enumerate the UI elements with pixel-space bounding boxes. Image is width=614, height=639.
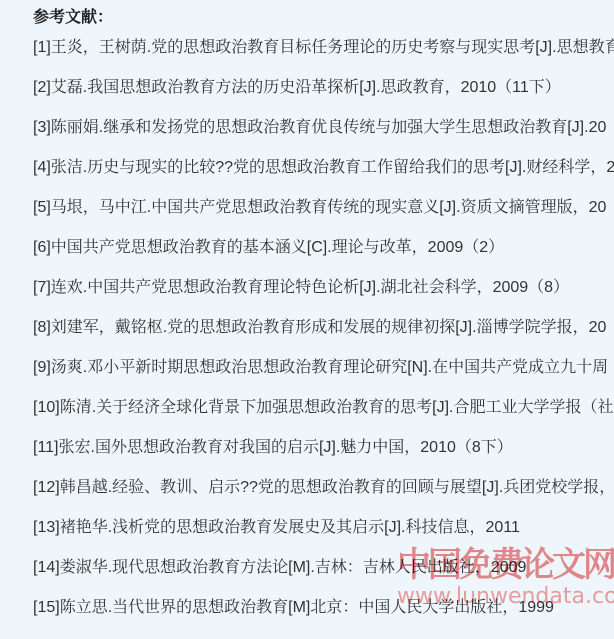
reference-item: [12]韩昌越.经验、教训、启示??党的思想政治教育的回顾与展望[J].兵团党校… — [33, 468, 614, 508]
reference-item: [2]艾磊.我国思想政治教育方法的历史沿革探析[J].思政教育，2010（11下… — [33, 68, 614, 108]
reference-item: [4]张洁.历史与现实的比较??党的思想政治教育工作留给我们的思考[J].财经科… — [33, 148, 614, 188]
reference-item: [8]刘建军，戴铭枢.党的思想政治教育形成和发展的规律初探[J].淄博学院学报，… — [33, 308, 614, 348]
reference-item: [5]马垠，马中江.中国共产党思想政治教育传统的现实意义[J].资质文摘管理版，… — [33, 188, 614, 228]
reference-item: [7]连欢.中国共产党思想政治教育理论特色论析[J].湖北社会科学，2009（8… — [33, 268, 614, 308]
reference-item: [1]王炎，王树荫.党的思想政治教育目标任务理论的历史考察与现实思考[J].思想… — [33, 28, 614, 68]
reference-item: [10]陈清.关于经济全球化背景下加强思想政治教育的思考[J].合肥工业大学学报… — [33, 388, 614, 428]
reference-item: [15]陈立思.当代世界的思想政治教育[M]北京：中国人民大学出版社，1999 — [33, 588, 614, 628]
references-section: 参考文献： [1]王炎，王树荫.党的思想政治教育目标任务理论的历史考察与现实思考… — [0, 0, 614, 628]
reference-item: [6]中国共产党思想政治教育的基本涵义[C].理论与改革，2009（2） — [33, 228, 614, 268]
references-heading: 参考文献： — [33, 8, 614, 28]
reference-item: [14]娄淑华.现代思想政治教育方法论[M].吉林：吉林人民出版社，2009 — [33, 548, 614, 588]
reference-item: [13]褚艳华.浅析党的思想政治教育发展史及其启示[J].科技信息，2011 — [33, 508, 614, 548]
reference-item: [9]汤爽.邓小平新时期思想政治思想政治教育理论研究[N].在中国共产党成立九十… — [33, 348, 614, 388]
reference-item: [3]陈丽娟.继承和发扬党的思想政治教育优良传统与加强大学生思想政治教育[J].… — [33, 108, 614, 148]
reference-item: [11]张宏.国外思想政治教育对我国的启示[J].魅力中国，2010（8下） — [33, 428, 614, 468]
